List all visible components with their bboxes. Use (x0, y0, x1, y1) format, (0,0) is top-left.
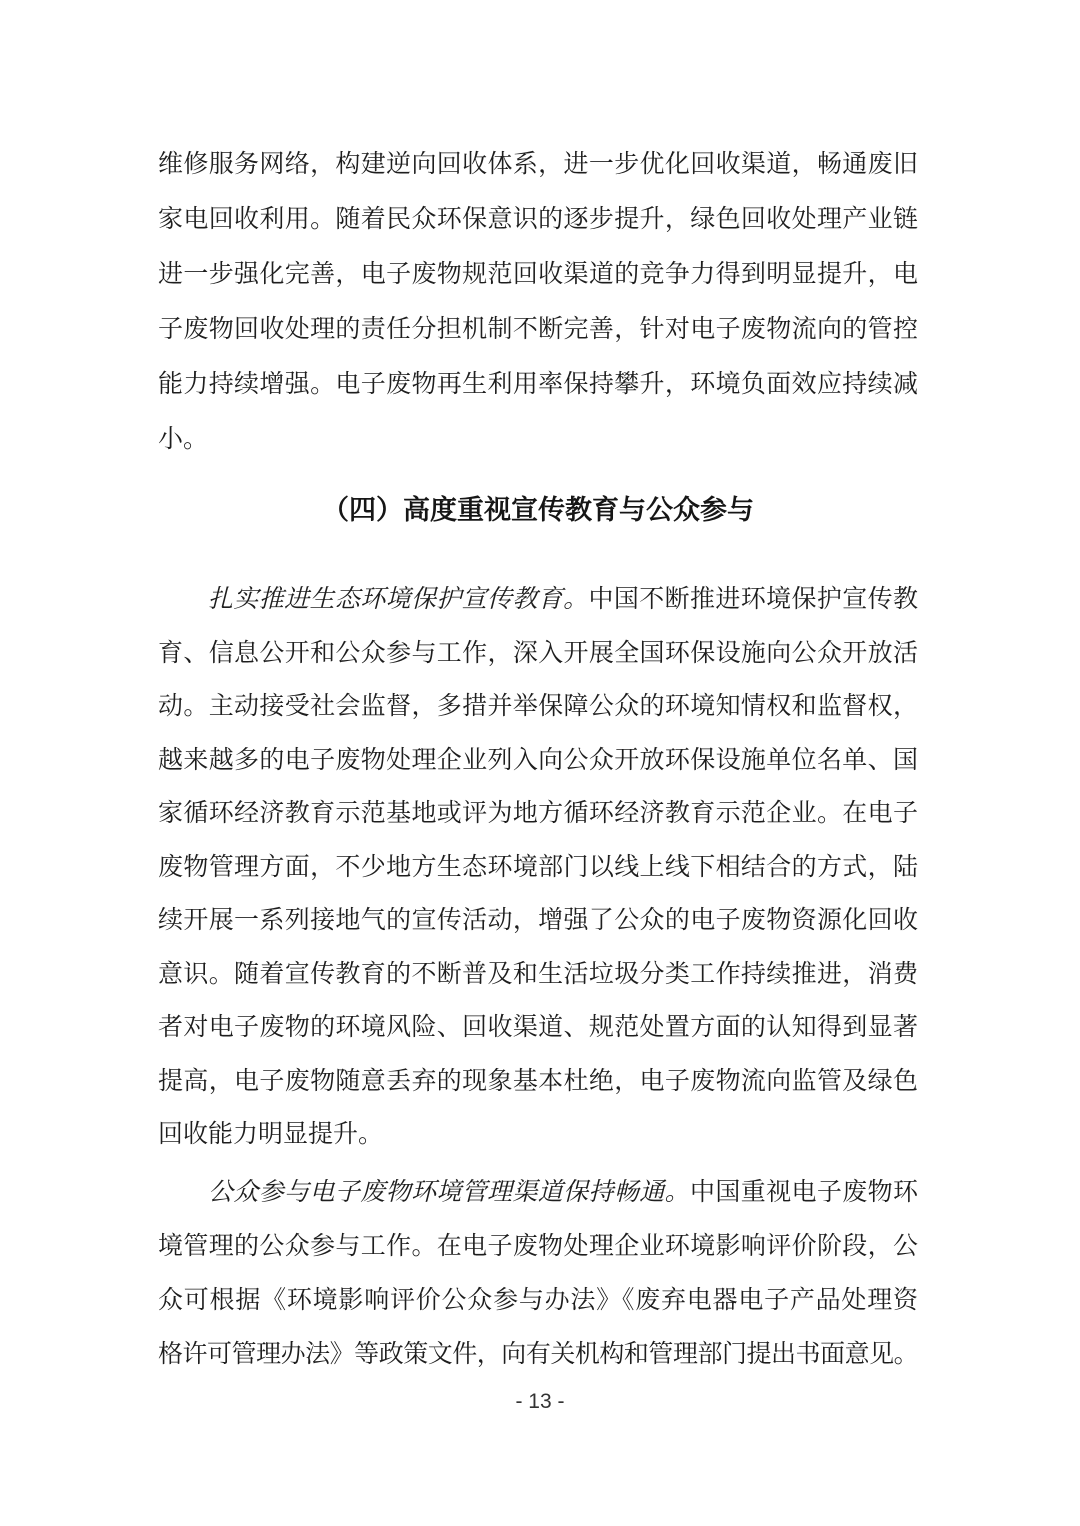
paragraph-publicity-education: 扎实推进生态环境保护宣传教育。中国不断推进环境保护宣传教 育、信息公开和公众参与… (158, 573, 918, 1162)
text-line: 能力持续增强。电子废物再生利用率保持攀升，环境负面效应持续减 (158, 357, 918, 412)
text-line: 者对电子废物的环境风险、回收渠道、规范处置方面的认知得到显著 (158, 1001, 918, 1055)
lead-continuation: 中国不断推进环境保护宣传教 (589, 586, 918, 613)
text-line: 育、信息公开和公众参与工作，深入开展全国环保设施向公众开放活 (158, 627, 918, 681)
text-line: 家电回收利用。随着民众环保意识的逐步提升，绿色回收处理产业链 (158, 192, 918, 247)
text-line: 越来越多的电子废物处理企业列入向公众开放环保设施单位名单、国 (158, 734, 918, 788)
text-line: 境管理的公众参与工作。在电子废物处理企业环境影响评价阶段，公 (158, 1220, 918, 1274)
text-line: 意识。随着宣传教育的不断普及和生活垃圾分类工作持续推进，消费 (158, 948, 918, 1002)
document-page: 维修服务网络，构建逆向回收体系，进一步优化回收渠道，畅通废旧 家电回收利用。随着… (0, 0, 1080, 1526)
text-line: 废物管理方面，不少地方生态环境部门以线上线下相结合的方式，陆 (158, 841, 918, 895)
kaiti-emphasis-lead: 扎实推进生态环境保护宣传教育。 (208, 586, 589, 613)
paragraph-public-participation: 公众参与电子废物环境管理渠道保持畅通。中国重视电子废物环 境管理的公众参与工作。… (158, 1166, 918, 1383)
paragraph-recycling-continued: 维修服务网络，构建逆向回收体系，进一步优化回收渠道，畅通废旧 家电回收利用。随着… (158, 137, 918, 467)
text-line: 提高，电子废物随意丢弃的现象基本杜绝，电子废物流向监管及绿色 (158, 1055, 918, 1109)
text-line: 动。主动接受社会监督，多措并举保障公众的环境知情权和监督权， (158, 680, 918, 734)
text-line: 续开展一系列接地气的宣传活动，增强了公众的电子废物资源化回收 (158, 894, 918, 948)
text-line: 进一步强化完善，电子废物规范回收渠道的竞争力得到明显提升，电 (158, 247, 918, 302)
text-line: 扎实推进生态环境保护宣传教育。中国不断推进环境保护宣传教 (158, 573, 918, 627)
text-line: 格许可管理办法》等政策文件，向有关机构和管理部门提出书面意见。 (158, 1328, 918, 1382)
page-content: 维修服务网络，构建逆向回收体系，进一步优化回收渠道，畅通废旧 家电回收利用。随着… (158, 137, 918, 1383)
text-line: 家循环经济教育示范基地或评为地方循环经济教育示范企业。在电子 (158, 787, 918, 841)
text-line: 维修服务网络，构建逆向回收体系，进一步优化回收渠道，畅通废旧 (158, 137, 918, 192)
text-line: 众可根据《环境影响评价公众参与办法》《废弃电器电子产品处理资 (158, 1274, 918, 1328)
text-line: 公众参与电子废物环境管理渠道保持畅通。中国重视电子废物环 (158, 1166, 918, 1220)
page-number: - 13 - (0, 1390, 1080, 1414)
text-line: 小。 (158, 412, 918, 467)
lead-continuation: 中国重视电子废物环 (690, 1179, 918, 1206)
text-line: 回收能力明显提升。 (158, 1108, 918, 1162)
text-line: 子废物回收处理的责任分担机制不断完善，针对电子废物流向的管控 (158, 302, 918, 357)
section-heading: （四）高度重视宣传教育与公众参与 (158, 483, 918, 538)
kaiti-emphasis-lead: 公众参与电子废物环境管理渠道保持畅通。 (208, 1179, 690, 1206)
